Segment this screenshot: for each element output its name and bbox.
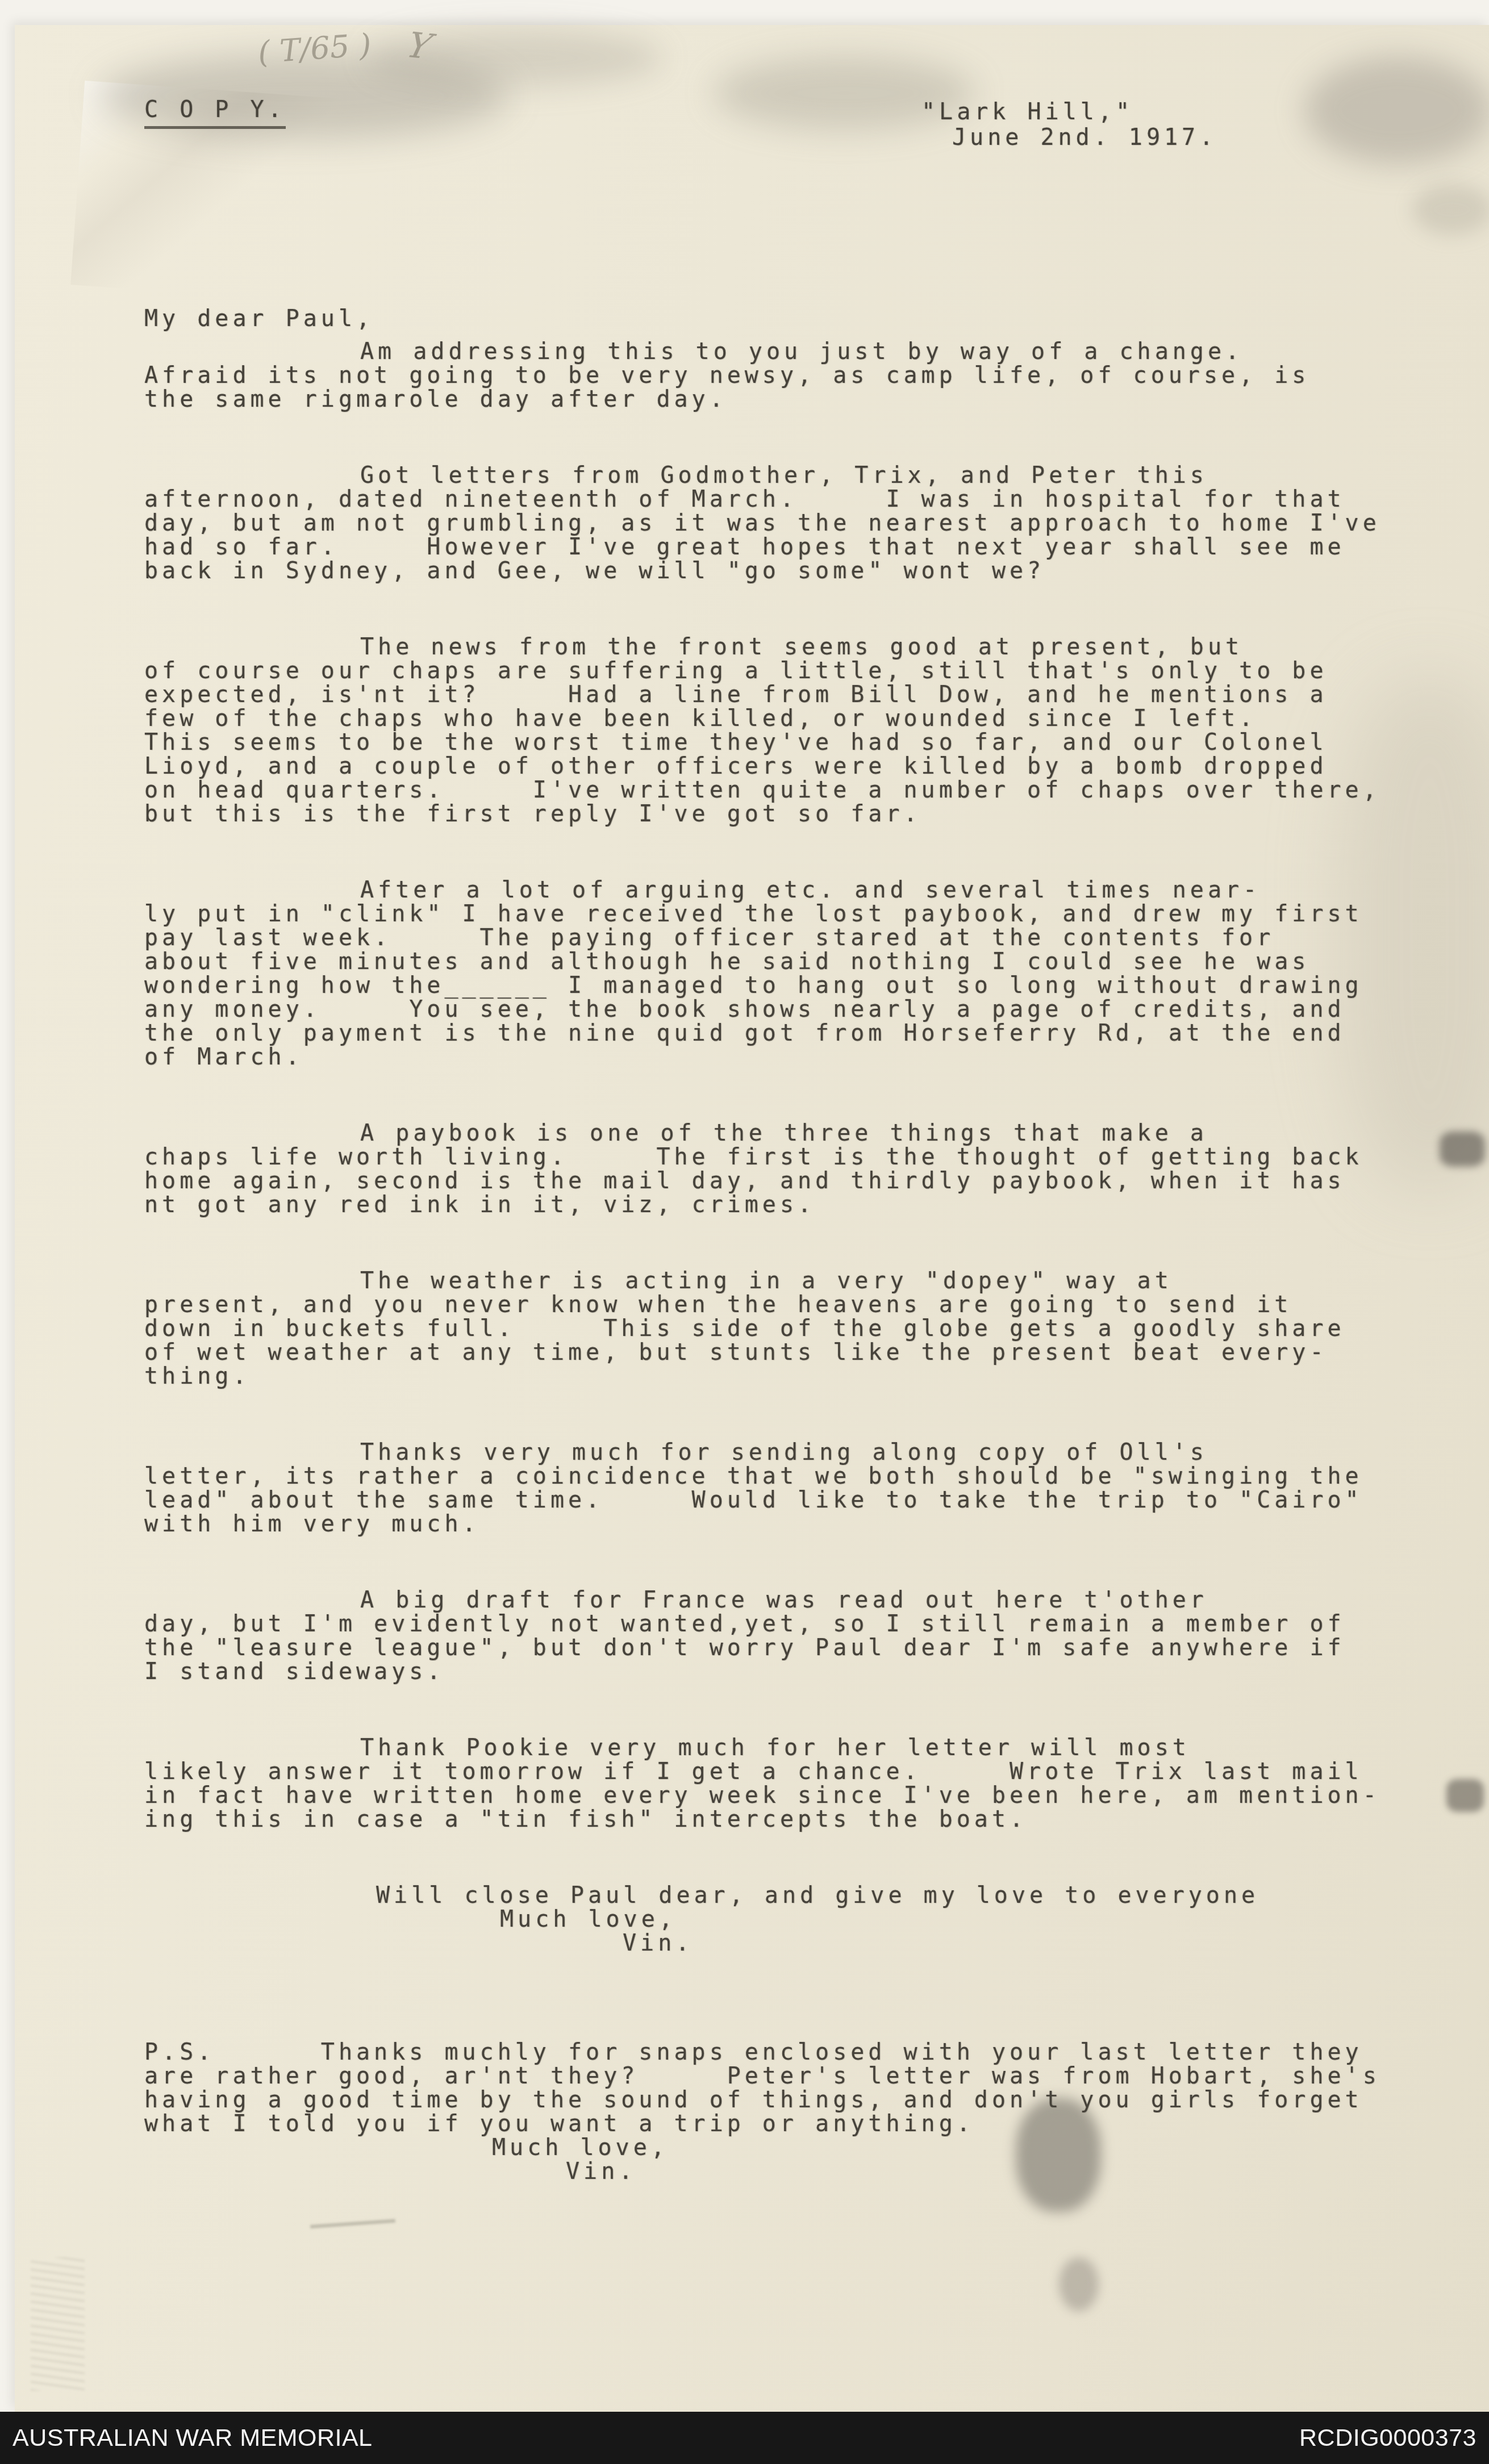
letter-paragraph: Got letters from Godmother, Trix, and Pe…: [144, 463, 1479, 583]
pencil-mark: [310, 2219, 395, 2228]
letter-paragraph: Thanks very much for sending along copy …: [144, 1440, 1479, 1536]
footer-institution: AUSTRALIAN WAR MEMORIAL: [12, 2424, 373, 2452]
closing-signature: Vin.: [144, 1931, 1479, 1955]
letterhead-place: "Lark Hill,": [921, 100, 1133, 124]
paper-stain: [1304, 56, 1489, 164]
pencil-marks-bottom-left: [31, 2257, 85, 2391]
footer-reference-id: RCDIG0000373: [1299, 2424, 1477, 2452]
salutation: My dear Paul,: [144, 307, 1479, 331]
letter-body: My dear Paul, Am addressing this to you …: [144, 307, 1479, 2183]
letterhead-date: June 2nd. 1917.: [952, 126, 1217, 149]
scanned-letter-paper: ( T/65 ) Y C O P Y. "Lark Hill," June 2n…: [15, 25, 1489, 2412]
copy-heading: C O P Y.: [144, 98, 286, 129]
letter-paragraph: The weather is acting in a very "dopey" …: [144, 1269, 1479, 1388]
letter-paragraph: After a lot of arguing etc. and several …: [144, 878, 1479, 1069]
letter-paragraph: A paybook is one of the three things tha…: [144, 1121, 1479, 1217]
closing-line: Will close Paul dear, and give my love t…: [144, 1884, 1479, 1907]
postscript-signature: Vin.: [144, 2160, 1479, 2183]
letter-paragraph: A big draft for France was read out here…: [144, 1588, 1479, 1684]
postscript: P.S. Thanks muchly for snaps enclosed wi…: [144, 2040, 1479, 2136]
footer-bar: AUSTRALIAN WAR MEMORIAL RCDIG0000373: [0, 2412, 1489, 2464]
pencil-annotation-left: ( T/65 ): [257, 27, 372, 70]
letter-paragraph: Thank Pookie very much for her letter wi…: [144, 1736, 1479, 1831]
paper-stain: [1412, 184, 1489, 235]
ink-smudge: [1059, 2257, 1099, 2311]
pencil-annotation-right: Y: [403, 24, 436, 68]
letter-paragraph: The news from the front seems good at pr…: [144, 635, 1479, 826]
closing-valediction: Much love,: [144, 1907, 1479, 1931]
postscript-valediction: Much love,: [144, 2136, 1479, 2160]
letter-paragraph: Am addressing this to you just by way of…: [144, 340, 1479, 411]
